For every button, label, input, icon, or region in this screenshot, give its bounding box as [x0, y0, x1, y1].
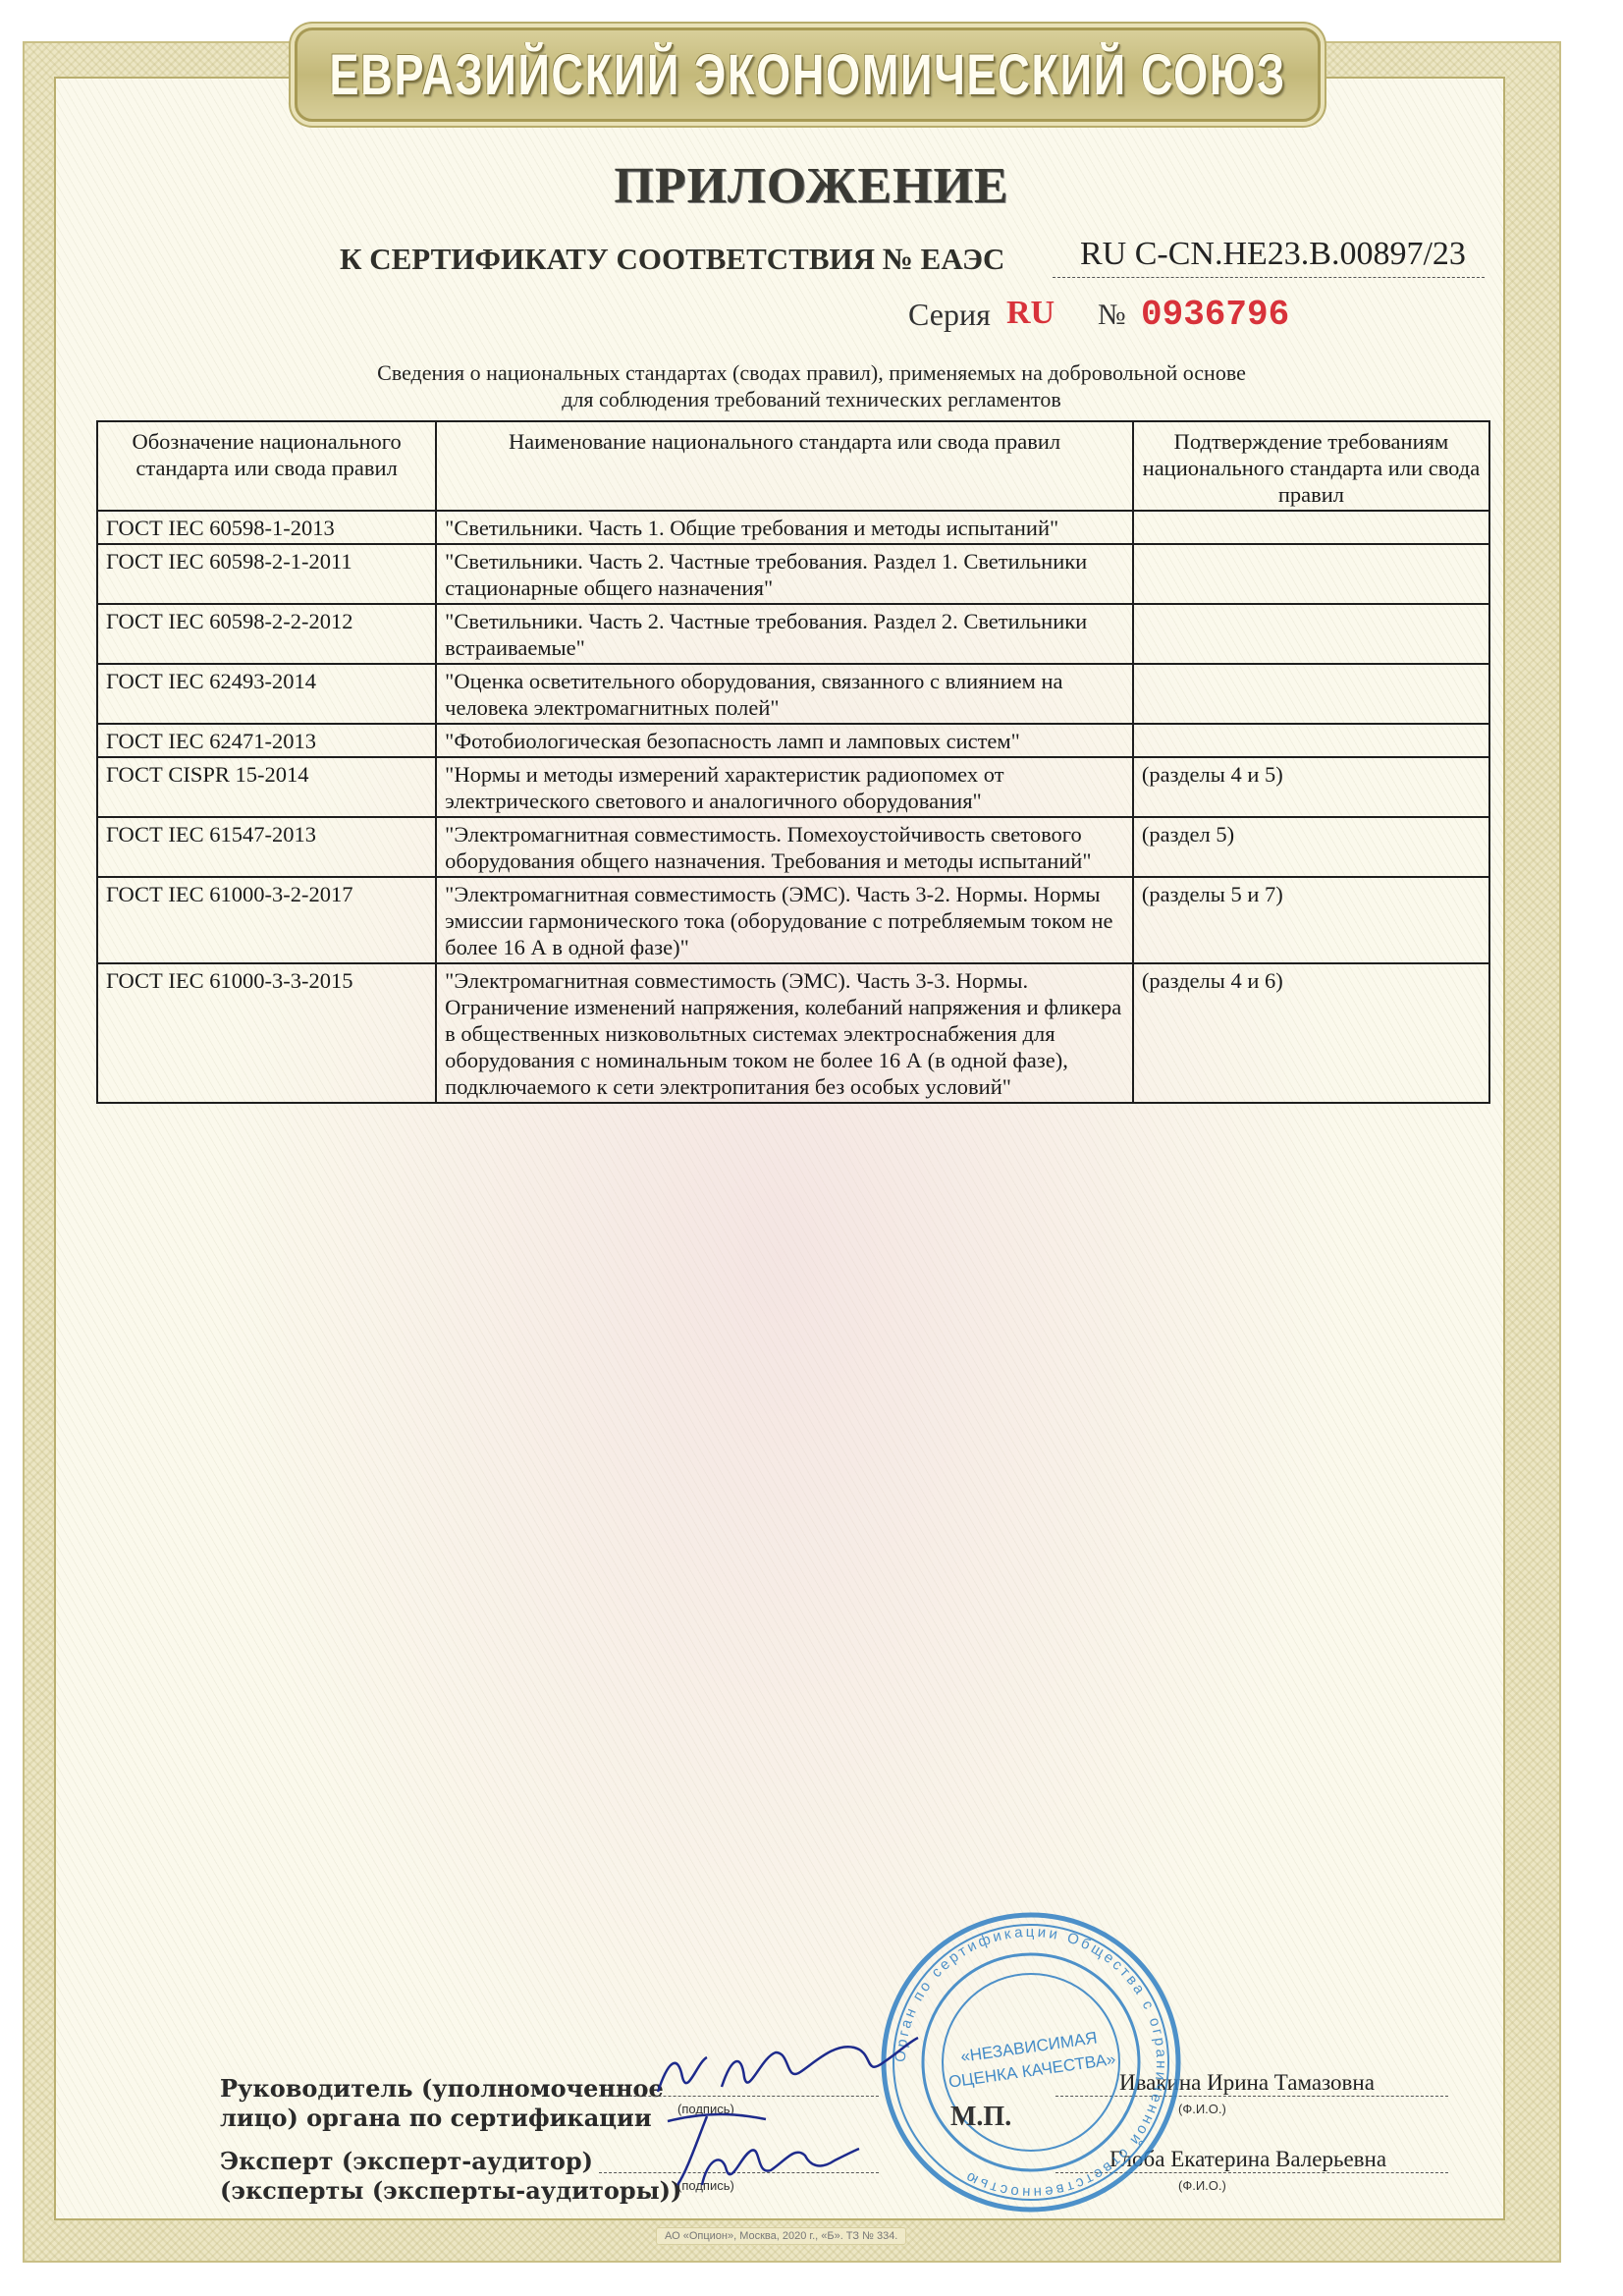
- union-banner: ЕВРАЗИЙСКИЙ ЭКОНОМИЧЕСКИЙ СОЮЗ: [295, 27, 1321, 122]
- series-value: RU: [1006, 295, 1055, 332]
- head-label-line-1: Руководитель (уполномоченное: [220, 2074, 664, 2104]
- number-sign: №: [1098, 299, 1126, 332]
- intro-text: Сведения о национальных стандартах (свод…: [0, 359, 1623, 412]
- expert-label-line-2: (эксперты (эксперты-аудиторы)): [220, 2176, 681, 2206]
- header-name: Наименование национального стандарта или…: [436, 421, 1133, 511]
- standard-name-cell: "Электромагнитная совместимость. Помехоу…: [436, 817, 1133, 877]
- table-header-row: Обозначение национального стандарта или …: [97, 421, 1489, 511]
- union-banner-text: ЕВРАЗИЙСКИЙ ЭКОНОМИЧЕСКИЙ СОЮЗ: [329, 42, 1285, 108]
- table-row: ГОСТ IEC 60598-1-2013"Светильники. Часть…: [97, 511, 1489, 544]
- certificate-label: К СЕРТИФИКАТУ СООТВЕТСТВИЯ № ЕАЭС: [340, 242, 1004, 277]
- head-label-line-2: лицо) органа по сертификации: [220, 2104, 664, 2133]
- confirmation-cell: [1133, 511, 1489, 544]
- standard-code-cell: ГОСТ IEC 60598-2-1-2011: [97, 544, 436, 604]
- confirmation-cell: (раздел 5): [1133, 817, 1489, 877]
- confirmation-cell: [1133, 544, 1489, 604]
- standard-name-cell: "Электромагнитная совместимость (ЭМС). Ч…: [436, 963, 1133, 1103]
- table-row: ГОСТ IEC 60598-2-1-2011"Светильники. Час…: [97, 544, 1489, 604]
- standard-code-cell: ГОСТ IEC 60598-2-2-2012: [97, 604, 436, 664]
- table-row: ГОСТ IEC 62493-2014"Оценка осветительног…: [97, 664, 1489, 724]
- form-number: 0936796: [1141, 295, 1289, 335]
- standard-code-cell: ГОСТ IEC 61000-3-2-2017: [97, 877, 436, 963]
- standards-table: Обозначение национального стандарта или …: [96, 420, 1490, 1104]
- expert-signature-icon: [648, 2102, 864, 2190]
- standard-code-cell: ГОСТ IEC 62493-2014: [97, 664, 436, 724]
- table-row: ГОСТ IEC 61547-2013"Электромагнитная сов…: [97, 817, 1489, 877]
- printer-imprint: АО «Опцион», Москва, 2020 г., «Б». ТЗ № …: [656, 2227, 906, 2245]
- standard-name-cell: "Светильники. Часть 2. Частные требовани…: [436, 604, 1133, 664]
- page-title: ПРИЛОЖЕНИЕ: [0, 157, 1623, 215]
- series-label: Серия: [908, 297, 991, 333]
- confirmation-cell: (разделы 5 и 7): [1133, 877, 1489, 963]
- certificate-number: RU C-CN.HE23.B.00897/23: [1080, 236, 1466, 273]
- expert-label: Эксперт (эксперт-аудитор) (эксперты (экс…: [220, 2147, 681, 2206]
- intro-line-1: Сведения о национальных стандартах (свод…: [0, 359, 1623, 386]
- standard-code-cell: ГОСТ IEC 61547-2013: [97, 817, 436, 877]
- stamp-place-label: М.П.: [950, 2102, 1011, 2133]
- standard-name-cell: "Фотобиологическая безопасность ламп и л…: [436, 724, 1133, 757]
- standard-code-cell: ГОСТ IEC 62471-2013: [97, 724, 436, 757]
- table-row: ГОСТ IEC 61000-3-3-2015"Электромагнитная…: [97, 963, 1489, 1103]
- confirmation-cell: (разделы 4 и 6): [1133, 963, 1489, 1103]
- header-confirm: Подтверждение требованиям национального …: [1133, 421, 1489, 511]
- confirmation-cell: [1133, 664, 1489, 724]
- head-label: Руководитель (уполномоченное лицо) орган…: [220, 2074, 664, 2133]
- standard-name-cell: "Оценка осветительного оборудования, свя…: [436, 664, 1133, 724]
- standard-name-cell: "Электромагнитная совместимость (ЭМС). Ч…: [436, 877, 1133, 963]
- standard-name-cell: "Нормы и методы измерений характеристик …: [436, 757, 1133, 817]
- certificate-number-underline: [1053, 277, 1485, 278]
- table-row: ГОСТ IEC 62471-2013"Фотобиологическая бе…: [97, 724, 1489, 757]
- header-code: Обозначение национального стандарта или …: [97, 421, 436, 511]
- head-signature-icon: [628, 2023, 923, 2111]
- confirmation-cell: [1133, 724, 1489, 757]
- standard-code-cell: ГОСТ IEC 60598-1-2013: [97, 511, 436, 544]
- standard-code-cell: ГОСТ CISPR 15-2014: [97, 757, 436, 817]
- table-row: ГОСТ CISPR 15-2014"Нормы и методы измере…: [97, 757, 1489, 817]
- confirmation-cell: [1133, 604, 1489, 664]
- confirmation-cell: (разделы 4 и 5): [1133, 757, 1489, 817]
- intro-line-2: для соблюдения требований технических ре…: [0, 386, 1623, 412]
- table-row: ГОСТ IEC 60598-2-2-2012"Светильники. Час…: [97, 604, 1489, 664]
- standard-code-cell: ГОСТ IEC 61000-3-3-2015: [97, 963, 436, 1103]
- table-row: ГОСТ IEC 61000-3-2-2017"Электромагнитная…: [97, 877, 1489, 963]
- standard-name-cell: "Светильники. Часть 1. Общие требования …: [436, 511, 1133, 544]
- standard-name-cell: "Светильники. Часть 2. Частные требовани…: [436, 544, 1133, 604]
